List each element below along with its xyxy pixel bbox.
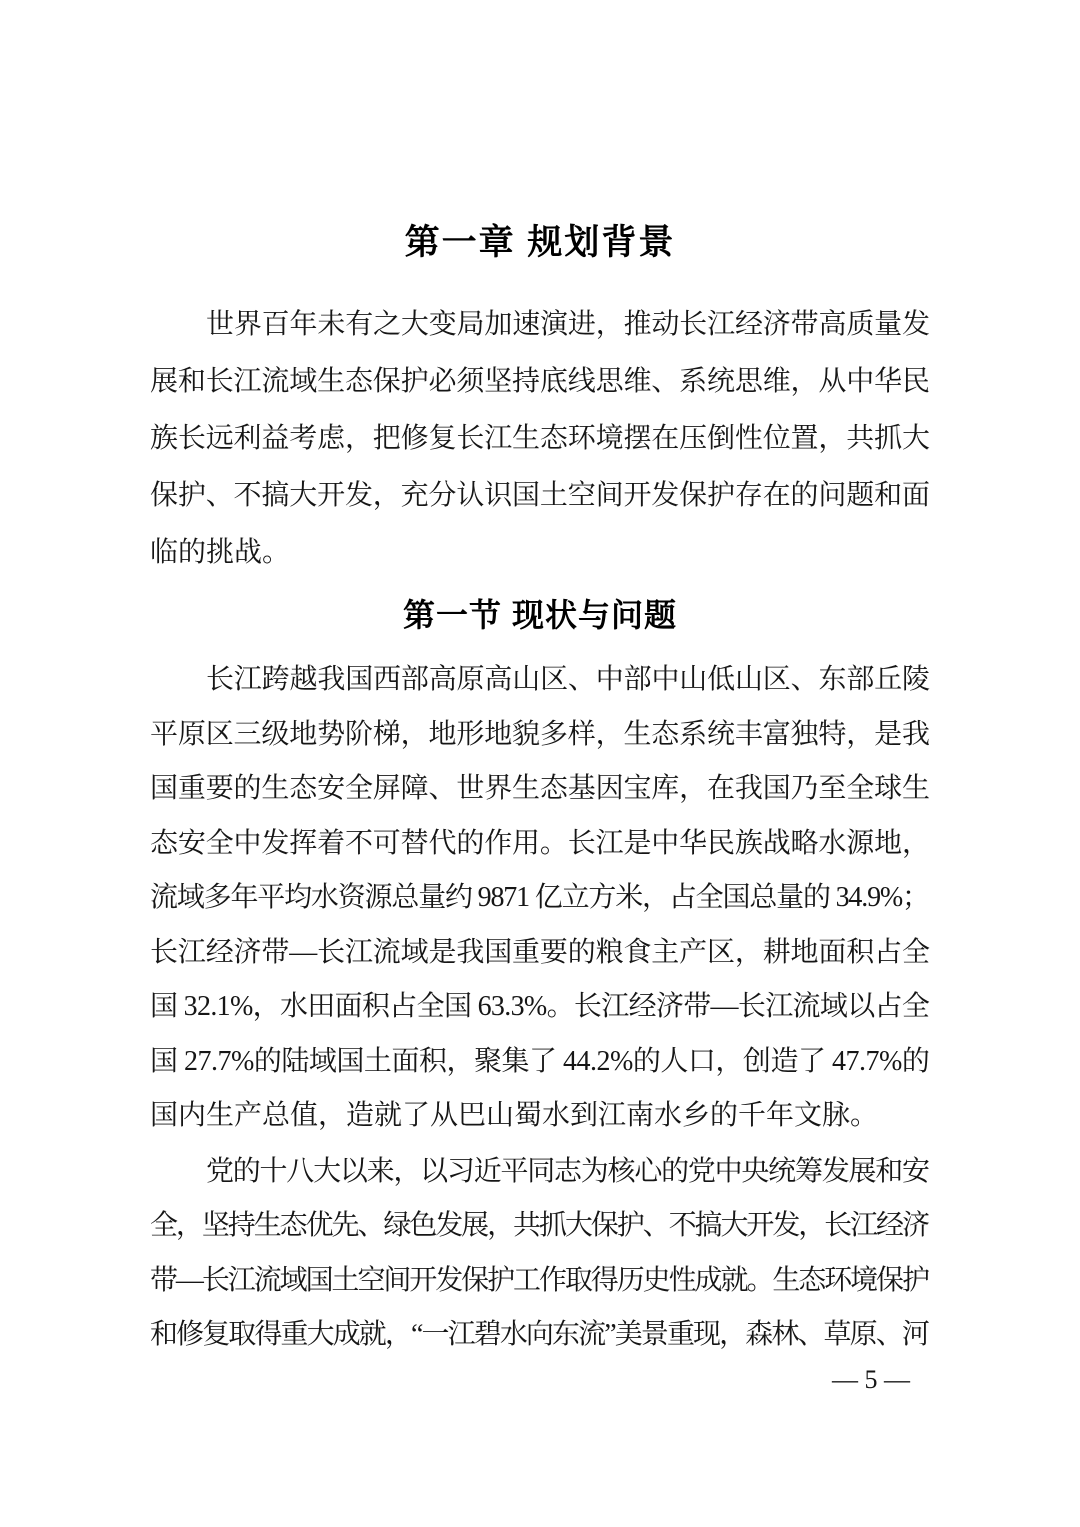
paragraph-intro: 世界百年未有之大变局加速演进，推动长江经济带高质量发展和长江流域生态保护必须坚持… [150,296,930,581]
text-line: 世界百年未有之大变局加速演进，推动长江经济带高质量发 [150,296,930,353]
page-number: — 5 — [150,1365,930,1395]
text-line: 流域多年平均水资源总量约 9871 亿立方米，占全国总量的 34.9%； [150,871,930,926]
text-line: 国 32.1%，水田面积占全国 63.3%。长江经济带—长江流域以占全 [150,980,930,1035]
text-line: 和修复取得重大成就，“一江碧水向东流”美景重现，森林、草原、河 [150,1308,930,1363]
text-line: 党的十八大以来，以习近平同志为核心的党中央统筹发展和安 [150,1145,930,1200]
text-line: 带—长江流域国土空间开发保护工作取得历史性成就。生态环境保护 [150,1254,930,1309]
text-line: 态安全中发挥着不可替代的作用。长江是中华民族战略水源地， [150,817,930,872]
text-line: 长江经济带—长江流域是我国重要的粮食主产区，耕地面积占全 [150,926,930,981]
chapter-title: 第一章 规划背景 [150,222,930,264]
text-line: 国内生产总值，造就了从巴山蜀水到江南水乡的千年文脉。 [150,1089,930,1144]
text-line: 全，坚持生态优先、绿色发展，共抓大保护、不搞大开发，长江经济 [150,1199,930,1254]
text-line: 平原区三级地势阶梯，地形地貌多样，生态系统丰富独特，是我 [150,708,930,763]
text-line: 临的挑战。 [150,524,930,581]
text-line: 长江跨越我国西部高原高山区、中部中山低山区、东部丘陵 [150,653,930,708]
section-title: 第一节 现状与问题 [150,595,930,635]
paragraph-achievements: 党的十八大以来，以习近平同志为核心的党中央统筹发展和安全，坚持生态优先、绿色发展… [150,1145,930,1363]
text-line: 国重要的生态安全屏障、世界生态基因宝库，在我国乃至全球生 [150,762,930,817]
paragraph-status: 长江跨越我国西部高原高山区、中部中山低山区、东部丘陵平原区三级地势阶梯，地形地貌… [150,653,930,1144]
text-line: 展和长江流域生态保护必须坚持底线思维、系统思维，从中华民 [150,353,930,410]
text-line: 族长远利益考虑，把修复长江生态环境摆在压倒性位置，共抓大 [150,410,930,467]
text-line: 国 27.7%的陆域国土面积，聚集了 44.2%的人口，创造了 47.7%的 [150,1035,930,1090]
document-page: 第一章 规划背景 世界百年未有之大变局加速演进，推动长江经济带高质量发展和长江流… [0,0,1080,1527]
text-line: 保护、不搞大开发，充分认识国土空间开发保护存在的问题和面 [150,467,930,524]
